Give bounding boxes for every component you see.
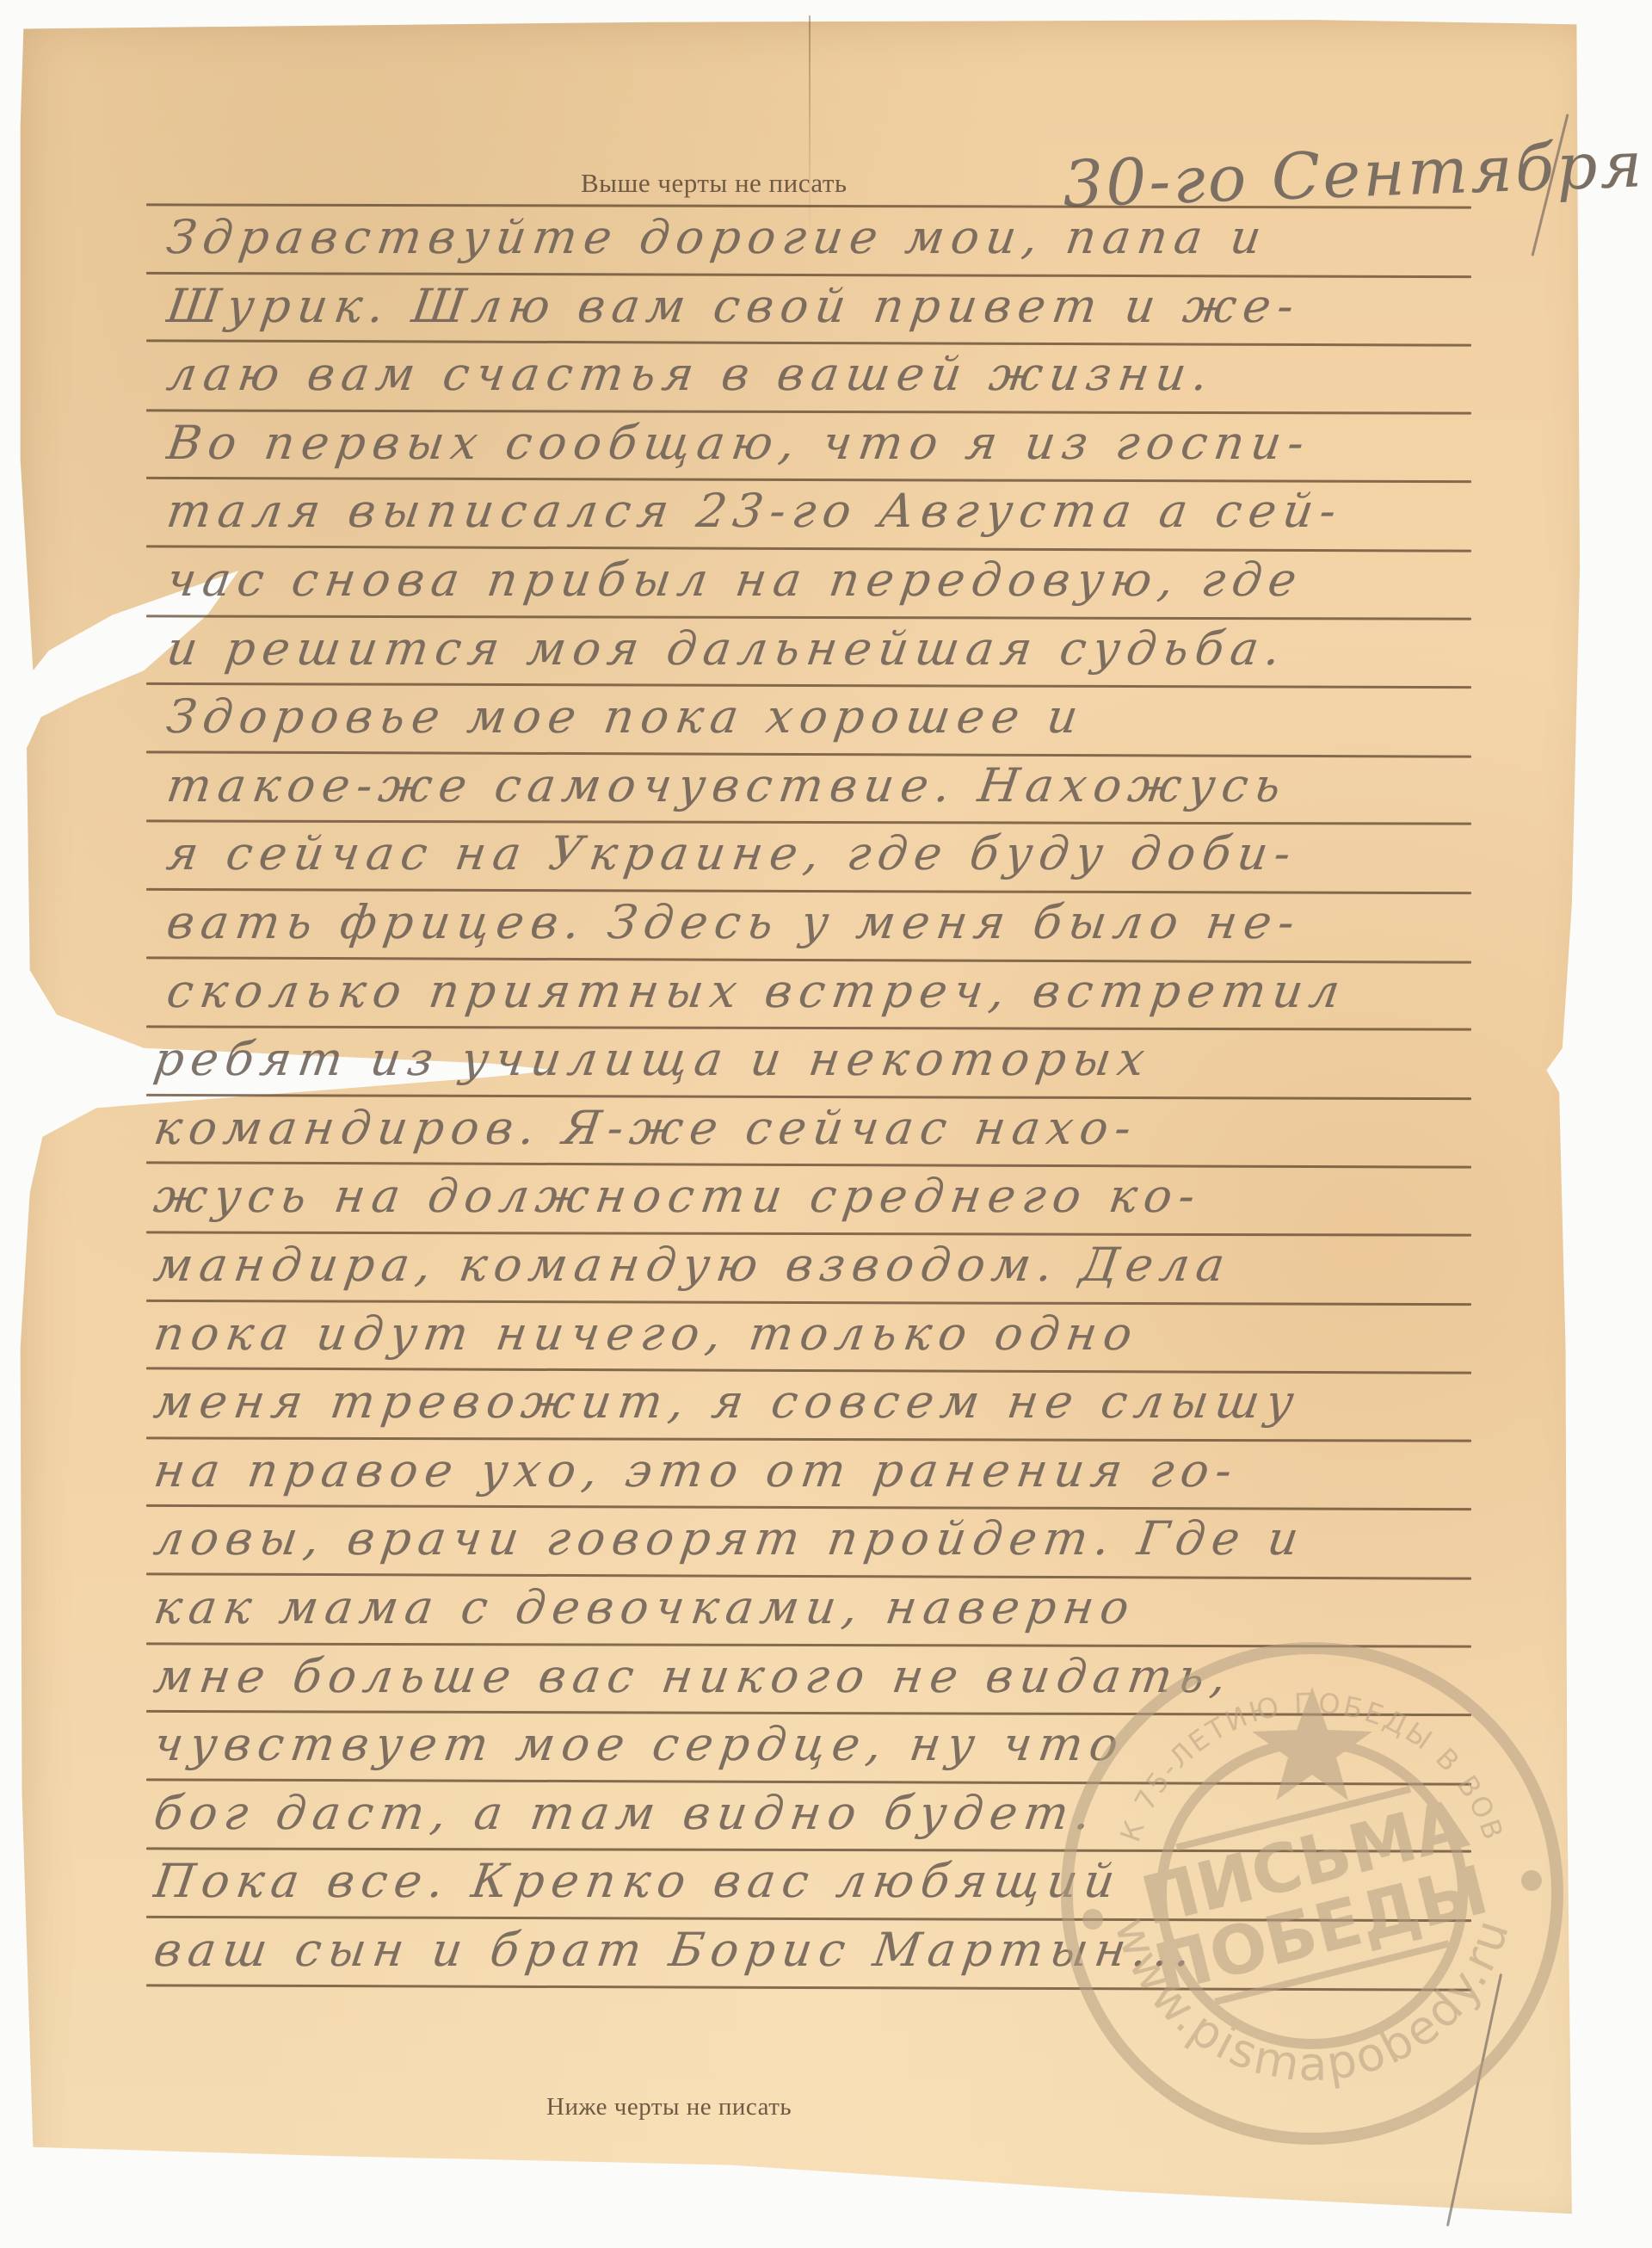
handwritten-line: жусь на должности среднего ко-: [151, 1169, 1501, 1223]
handwritten-line: лаю вам счастья в вашей жизни.: [163, 347, 1513, 401]
handwritten-line: вать фрицев. Здесь у меня было не-: [163, 895, 1513, 949]
handwritten-line: ребят из училища и некоторых: [151, 1032, 1501, 1086]
handwritten-line: командиров. Я-же сейчас нахо-: [151, 1101, 1501, 1155]
handwritten-line: пока идут ничего, только одно: [151, 1306, 1501, 1361]
handwritten-line: мне больше вас никого не видать,: [151, 1649, 1501, 1703]
handwritten-line: таля выписался 23-го Августа а сей-: [163, 484, 1513, 538]
handwritten-line: ловы, врачи говорят пройдет. Где и: [151, 1511, 1501, 1566]
handwritten-line: Здравствуйте дорогие мои, папа и: [163, 210, 1513, 264]
printed-footer-note: Ниже черты не писать: [546, 2093, 792, 2121]
handwritten-line: и решится моя дальнейшая судьба.: [163, 621, 1513, 676]
handwritten-line: на правое ухо, это от ранения го-: [151, 1443, 1501, 1498]
handwritten-line: я сейчас на Украине, где буду доби-: [163, 826, 1513, 880]
handwritten-line: ваш сын и брат Борис Мартын...: [151, 1923, 1501, 1977]
handwritten-line: Пока все. Крепко вас любящий: [151, 1854, 1501, 1908]
handwritten-line: меня тревожит, я совсем не слышу: [151, 1374, 1501, 1429]
handwritten-line: час снова прибыл на передовую, где: [163, 553, 1513, 607]
handwritten-line: такое-же самочувствие. Нахожусь: [163, 758, 1513, 812]
printed-header-note: Выше черты не писать: [581, 168, 848, 199]
handwritten-line: Во первых сообщаю, что я из госпи-: [163, 416, 1513, 470]
handwritten-line: Шурик. Шлю вам свой привет и же-: [163, 279, 1513, 333]
handwritten-line: Здоровье мое пока хорошее и: [163, 689, 1513, 744]
handwritten-line: как мама с девочками, наверно: [151, 1580, 1501, 1634]
handwritten-line: сколько приятных встреч, встретил: [163, 964, 1513, 1018]
handwritten-line: мандира, командую взводом. Дела: [151, 1238, 1501, 1292]
handwritten-line: бог даст, а там видно будет.: [151, 1786, 1501, 1840]
handwritten-line: чувствует мое сердце, ну что: [151, 1717, 1501, 1771]
